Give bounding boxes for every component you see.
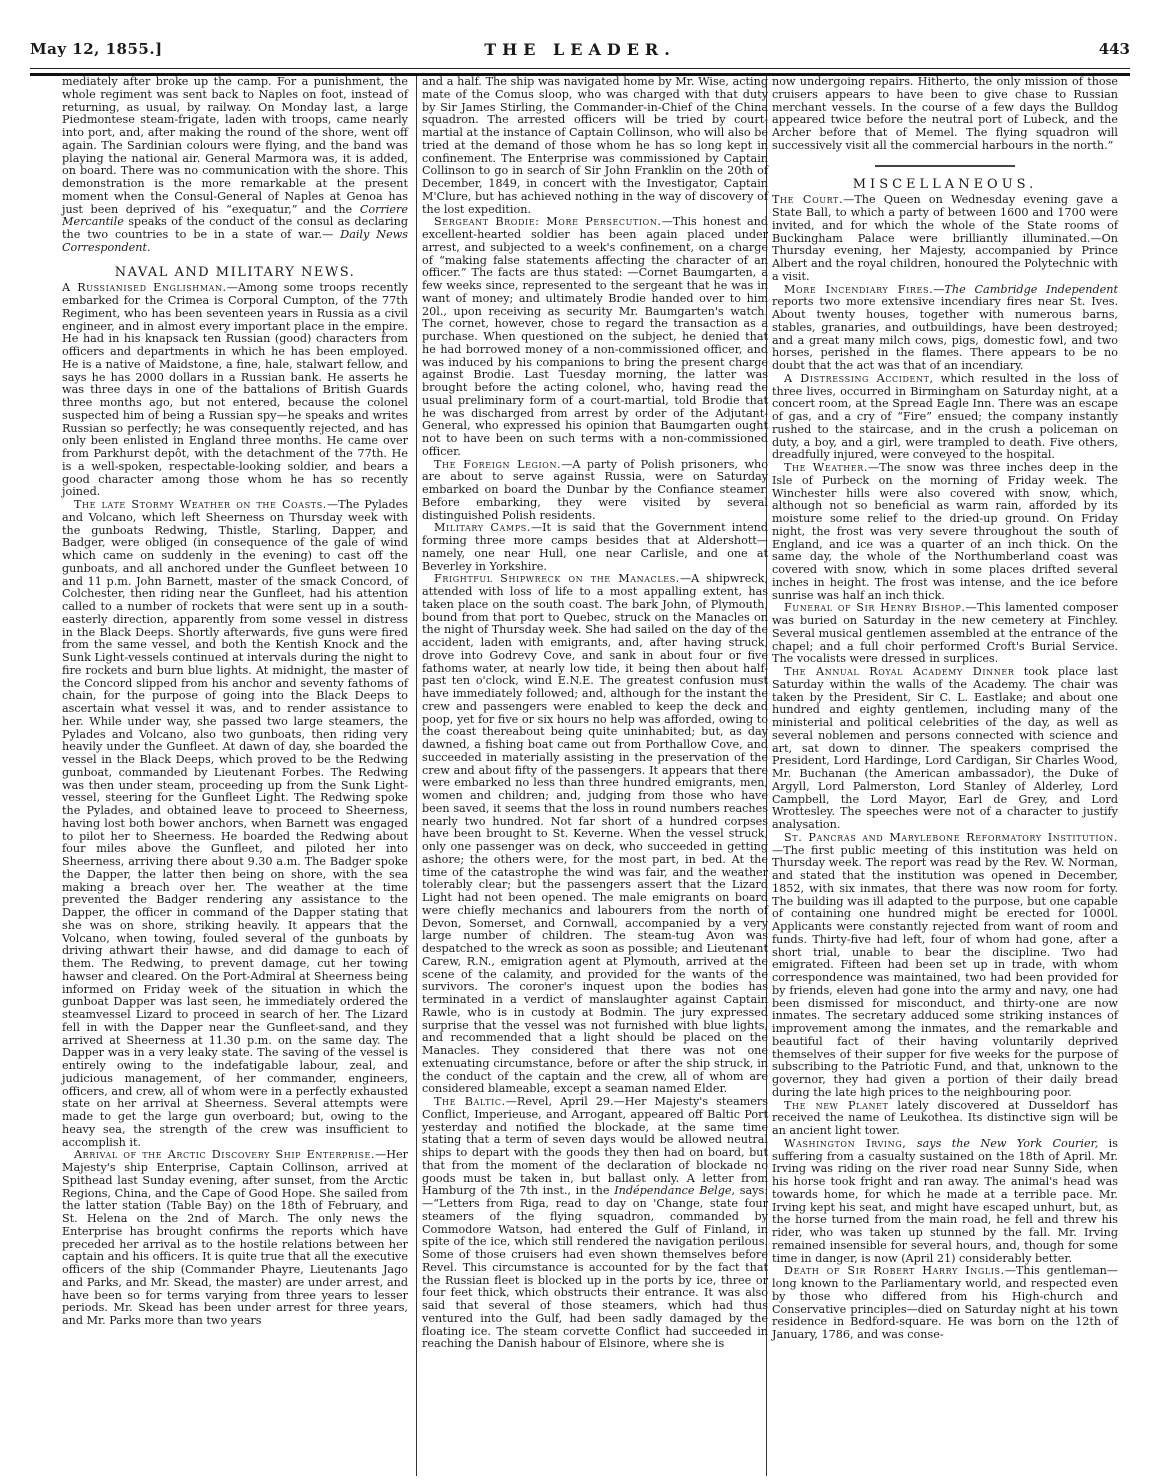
article-title: The Foreign Legion.: [434, 458, 561, 471]
publication-name: says the New York Courier,: [906, 1137, 1098, 1150]
article-body: , says:—“Letters from Riga, read to day …: [422, 1184, 768, 1350]
article: Funeral of Sir Henry Bishop.—This lament…: [772, 602, 1118, 666]
article-body: is suffering from a casualty sustained o…: [772, 1137, 1118, 1265]
publication-name: —The Cambridge Independent: [933, 283, 1118, 296]
article-body: —The Queen on Wednesday evening gave a S…: [772, 193, 1118, 283]
article: Sergeant Brodie: More Persecution.—This …: [422, 216, 768, 458]
page-number: 443: [1099, 40, 1130, 58]
article-title: Frightful Shipwreck on the Manacles.: [434, 572, 680, 585]
column-3: now undergoing repairs. Hitherto, the on…: [772, 76, 1118, 1342]
article-body: —The snow was three inches deep in the I…: [772, 461, 1118, 602]
article-title: A Distressing Accident,: [784, 372, 934, 385]
article: The Court.—The Queen on Wednesday evenin…: [772, 194, 1118, 283]
continued-paragraph: mediately after broke up the camp. For a…: [62, 76, 408, 255]
masthead: May 12, 1855.] THE LEADER. 443: [30, 40, 1130, 70]
article-title: The Weather.: [784, 461, 868, 474]
publication-name: Indépendance Belge: [614, 1184, 731, 1197]
article-body: reports two more extensive incendiary fi…: [772, 295, 1118, 372]
section-heading-naval-military: NAVAL AND MILITARY NEWS.: [62, 267, 408, 280]
article-body: —Revel, April 29.—Her Majesty's steamers…: [422, 1095, 768, 1197]
article: The Weather.—The snow was three inches d…: [772, 462, 1118, 602]
article-title: The late Stormy Weather on the Coasts.: [74, 498, 327, 511]
column-2: and a half. The ship was navigated home …: [422, 76, 768, 1351]
article: St. Pancras and Marylebone Reformatory I…: [772, 832, 1118, 1100]
article: Death of Sir Robert Harry Inglis.—This g…: [772, 1265, 1118, 1342]
article: More Incendiary Fires.—The Cambridge Ind…: [772, 284, 1118, 373]
article-title: Military Camps.: [434, 521, 531, 534]
article-title: Funeral of Sir Henry Bishop.: [784, 601, 966, 614]
column-divider: [416, 76, 417, 1476]
article-title: More Incendiary Fires.: [784, 283, 933, 296]
article-title: Death of Sir Robert Harry Inglis.: [784, 1264, 1005, 1277]
continued-paragraph: now undergoing repairs. Hitherto, the on…: [772, 76, 1118, 153]
article: The Foreign Legion.—A party of Polish pr…: [422, 459, 768, 523]
article-body: which resulted in the loss of three live…: [772, 372, 1118, 462]
article: The new Planet lately discovered at Duss…: [772, 1100, 1118, 1138]
continued-paragraph: and a half. The ship was navigated home …: [422, 76, 768, 216]
article: Frightful Shipwreck on the Manacles.—A s…: [422, 573, 768, 1096]
newspaper-title: THE LEADER.: [30, 40, 1130, 59]
article: Washington Irving, says the New York Cou…: [772, 1138, 1118, 1266]
article-title: Sergeant Brodie: More Persecution.: [434, 215, 662, 228]
article-body: took place last Saturday within the wall…: [772, 665, 1118, 831]
article: Military Camps.—It is said that the Gove…: [422, 522, 768, 573]
column-1: mediately after broke up the camp. For a…: [62, 76, 408, 1328]
article-title: The Court.: [772, 193, 843, 206]
article-title: St. Pancras and Marylebone Reformatory I…: [784, 831, 1118, 844]
article-title: The new Planet: [784, 1099, 888, 1112]
article: A Distressing Accident, which resulted i…: [772, 373, 1118, 462]
section-separator: [875, 165, 1015, 167]
section-heading-miscellaneous: MISCELLANEOUS.: [772, 179, 1118, 192]
article-title: The Baltic.: [434, 1095, 506, 1108]
article-title: Washington Irving,: [784, 1137, 906, 1150]
article: The Annual Royal Academy Dinner took pla…: [772, 666, 1118, 832]
article-body: —A shipwreck, attended with loss of life…: [422, 572, 768, 1095]
article: The Baltic.—Revel, April 29.—Her Majesty…: [422, 1096, 768, 1351]
article: Arrival of the Arctic Discovery Ship Ent…: [62, 1149, 408, 1328]
article-title: The Annual Royal Academy Dinner: [784, 665, 1014, 678]
paragraph-text: mediately after broke up the camp. For a…: [62, 75, 408, 216]
article-body: —Among some troops recently embarked for…: [62, 281, 408, 498]
article-title: Arrival of the Arctic Discovery Ship Ent…: [74, 1148, 375, 1161]
article: A Russianised Englishman.—Among some tro…: [62, 282, 408, 499]
article-body: —Her Majesty's ship Enterprise, Captain …: [62, 1148, 408, 1327]
article-body: —This honest and excellent-hearted soldi…: [422, 215, 768, 458]
article-body: —The Pylades and Volcano, which left She…: [62, 498, 408, 1149]
article-title: A Russianised Englishman.: [62, 281, 227, 294]
article: The late Stormy Weather on the Coasts.—T…: [62, 499, 408, 1149]
article-body: —The first public meeting of this instit…: [772, 844, 1118, 1099]
